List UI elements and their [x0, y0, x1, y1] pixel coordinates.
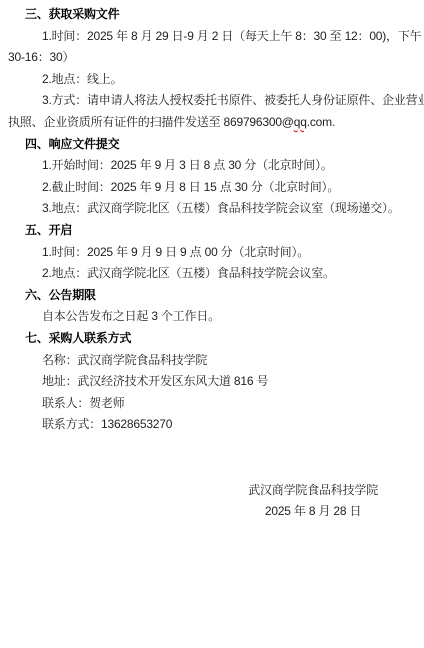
section7-name-line: 名称：武汉商学院食品科技学院 [0, 350, 424, 372]
section3-method-line2: 执照、企业资质所有证件的扫描件发送至 869796300@qq.com. [0, 112, 424, 134]
signature-block: 武汉商学院食品科技学院 2025 年 8 月 28 日 [248, 480, 378, 523]
section4-place-line: 3.地点：武汉商学院北区（五楼）食品科技学院会议室（现场递交）。 [0, 198, 424, 220]
email-tail-text: .com. [307, 115, 335, 129]
signature-date: 2025 年 8 月 28 日 [248, 501, 378, 523]
section3-method-line1: 3.方式：请申请人将法人授权委托书原件、被委托人身份证原件、企业营业 [0, 90, 424, 112]
spellcheck-underline: qq [294, 115, 307, 129]
section3-heading: 三、获取采购文件 [0, 4, 424, 26]
section6-period-line: 自本公告发布之日起 3 个工作日。 [0, 306, 424, 328]
section5-time-line: 1.时间：2025 年 9 月 9 日 9 点 00 分（北京时间）。 [0, 242, 424, 264]
section7-address-line: 地址：武汉经济技术开发区东风大道 816 号 [0, 371, 424, 393]
section5-heading: 五、开启 [0, 220, 424, 242]
section4-heading: 四、响应文件提交 [0, 134, 424, 156]
section3-time-line1: 1.时间：2025 年 8 月 29 日-9 月 2 日（每天上午 8：30 至… [0, 26, 424, 48]
section4-deadline-line: 2.截止时间：2025 年 9 月 8 日 15 点 30 分（北京时间）。 [0, 177, 424, 199]
announcement-body: 三、获取采购文件 1.时间：2025 年 8 月 29 日-9 月 2 日（每天… [0, 0, 424, 523]
section3-time-line2: 30-16：30） [0, 47, 424, 69]
document-page: 三、获取采购文件 1.时间：2025 年 8 月 29 日-9 月 2 日（每天… [0, 0, 424, 648]
section7-heading: 七、采购人联系方式 [0, 328, 424, 350]
section4-start-time-line: 1.开始时间：2025 年 9 月 3 日 8 点 30 分（北京时间）。 [0, 155, 424, 177]
section6-heading: 六、公告期限 [0, 285, 424, 307]
signature-org: 武汉商学院食品科技学院 [248, 480, 378, 502]
email-prefix-text: 执照、企业资质所有证件的扫描件发送至 869796300@ [8, 115, 294, 129]
section3-place-line: 2.地点：线上。 [0, 69, 424, 91]
section7-contact-phone-line: 联系方式：13628653270 [0, 414, 424, 436]
section7-contact-person-line: 联系人：贺老师 [0, 393, 424, 415]
section5-place-line: 2.地点：武汉商学院北区（五楼）食品科技学院会议室。 [0, 263, 424, 285]
